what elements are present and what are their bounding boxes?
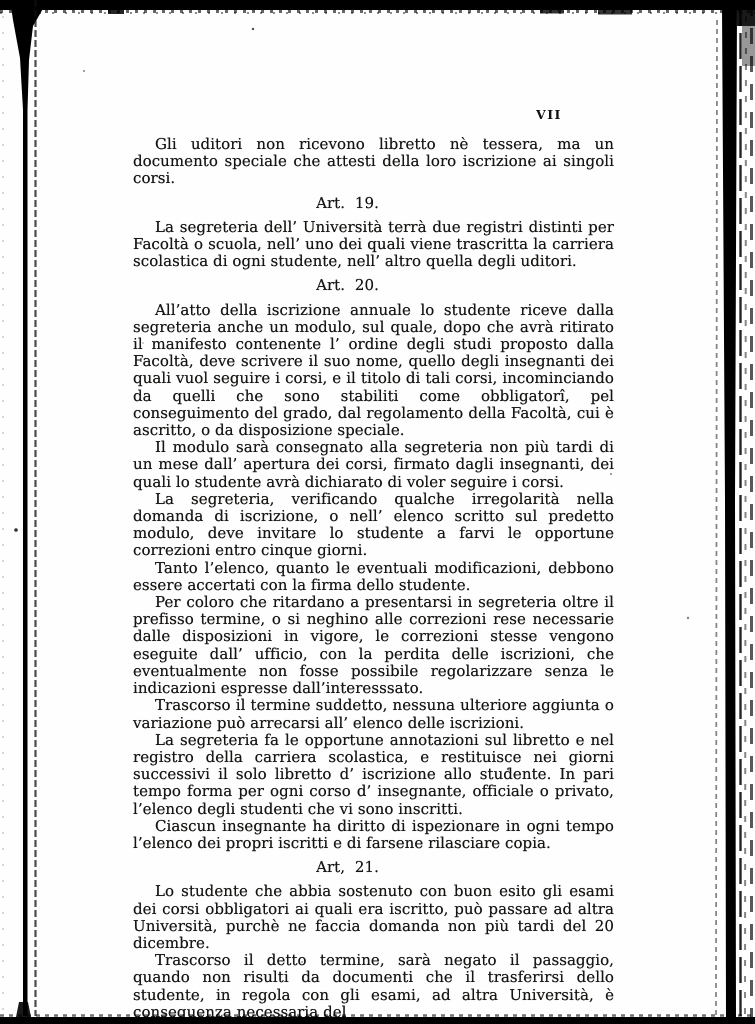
paragraph: Tanto l’elenco, quanto le eventuali modi…	[133, 560, 614, 594]
paragraph: Per coloro che ritardano a presentarsi i…	[133, 594, 614, 697]
right-page-edge-band	[722, 8, 737, 1018]
paragraph: Trascorso il termine suddetto, nessuna u…	[133, 697, 614, 731]
left-spine-line	[10, 0, 48, 1016]
paragraph: La segreteria fa le opportune annotazion…	[133, 732, 614, 818]
article-heading: Art. 19.	[107, 195, 588, 212]
page-number: VII	[536, 107, 562, 122]
paragraph: Il modulo sarà consegnato alla segreteri…	[133, 439, 614, 491]
paragraph: Gli uditori non ricevono libretto nè tes…	[133, 136, 614, 188]
page-text-block: Gli uditori non ricevono libretto nè tes…	[133, 136, 614, 1021]
scanned-page: VII Gli uditori non ricevono libretto nè…	[0, 0, 755, 1024]
paragraph: La segreteria dell’ Università terrà due…	[133, 219, 614, 271]
paragraph: Ciascun insegnante ha diritto di ispezio…	[133, 818, 614, 852]
paragraph: La segreteria, verificando qualche irreg…	[133, 491, 614, 560]
paragraph: All’atto della iscrizione annuale lo stu…	[133, 302, 614, 440]
top-scan-band	[0, 0, 755, 10]
article-heading: Art, 21.	[107, 859, 588, 876]
paragraph: Lo studente che abbia sostenuto con buon…	[133, 883, 614, 952]
article-heading: Art. 20.	[107, 277, 588, 294]
paragraph: Trascorso il detto termine, sarà negato …	[133, 952, 614, 1021]
